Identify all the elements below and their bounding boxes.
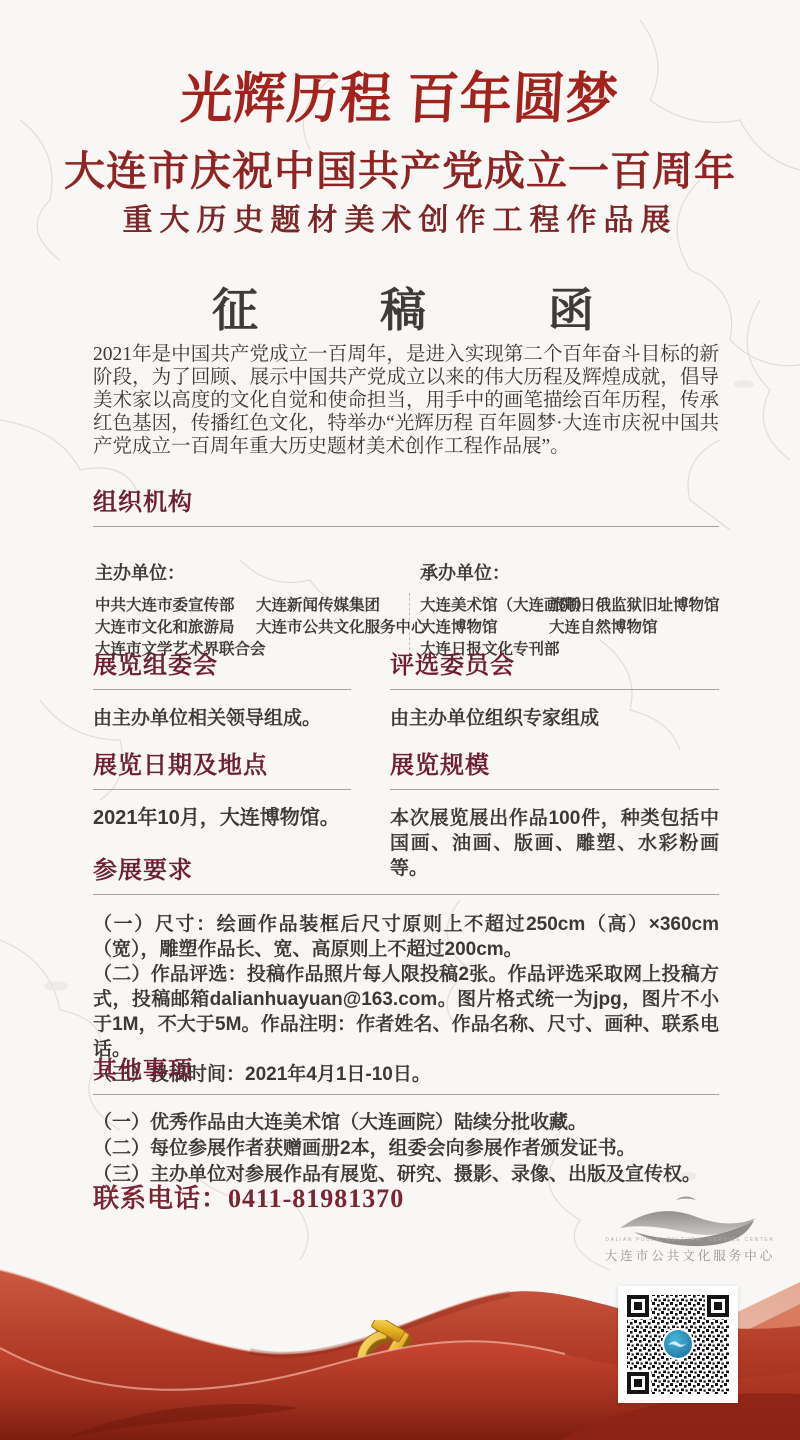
divider xyxy=(390,689,719,690)
contact-label: 联系电话： xyxy=(93,1184,228,1213)
section-title: 其他事项 xyxy=(93,1050,719,1085)
logo-chinese-text: 大连市公共文化服务中心 xyxy=(605,1248,776,1263)
logo-english-text: DALIAN PUBLIC CULTURAL SERVICE CENTER xyxy=(605,1237,774,1243)
org-item: 大连新闻传媒集团 xyxy=(256,595,427,617)
section-title: 展览日期及地点 xyxy=(93,745,351,780)
poster: 光辉历程 百年圆梦 大连市庆祝中国共产党成立一百周年 重大历史题材美术创作工程作… xyxy=(0,0,800,1440)
section-title: 展览组委会 xyxy=(93,645,351,680)
section-title: 评选委员会 xyxy=(390,645,719,680)
sub-title: 重大历史题材美术创作工程作品展 xyxy=(0,195,800,239)
wechat-qr-code xyxy=(618,1286,738,1403)
section-date-venue: 展览日期及地点 2021年10月，大连博物馆。 xyxy=(93,745,351,831)
organizer-label: 承办单位： xyxy=(420,559,510,585)
date-venue-body: 2021年10月，大连博物馆。 xyxy=(93,806,351,831)
section-title: 展览规模 xyxy=(390,745,719,780)
section-title: 组织机构 xyxy=(93,482,719,517)
other-item: （二）每位参展作者获赠画册2本，组委会向参展作者颁发证书。 xyxy=(93,1136,719,1162)
divider xyxy=(93,1094,719,1095)
qr-center-logo-icon xyxy=(662,1328,694,1360)
jury-body: 由主办单位组织专家组成 xyxy=(390,706,719,731)
org-item: 大连市公共文化服务中心 xyxy=(256,617,427,639)
intro-paragraph: 2021年是中国共产党成立一百周年，是进入实现第二个百年奋斗目标的新阶段，为了回… xyxy=(93,343,719,458)
divider xyxy=(390,789,719,790)
section-jury: 评选委员会 由主办单位组织专家组成 xyxy=(390,645,719,731)
cultural-center-logo: DALIAN PUBLIC CULTURAL SERVICE CENTER 大连… xyxy=(598,1192,782,1274)
letter-title: 征 稿 函 xyxy=(212,274,594,340)
other-item: （一）优秀作品由大连美术馆（大连画院）陆续分批收藏。 xyxy=(93,1110,719,1136)
requirement-item: （二）作品评选：投稿作品照片每人限投稿2张。作品评选采取网上投稿方式，投稿邮箱d… xyxy=(93,962,719,1062)
contact-phone: 联系电话：0411-81981370 xyxy=(93,1178,404,1215)
org-item: 旅顺日俄监狱旧址博物馆 xyxy=(549,595,720,617)
org-item: 大连市文化和旅游局 xyxy=(95,617,266,639)
letter-char: 函 xyxy=(548,274,594,340)
org-item: 中共大连市委宣传部 xyxy=(95,595,266,617)
contact-number: 0411-81981370 xyxy=(228,1184,404,1213)
host-label: 主办单位： xyxy=(95,559,185,585)
letter-char: 征 xyxy=(212,274,258,340)
divider xyxy=(93,789,351,790)
section-other: 其他事项 （一）优秀作品由大连美术馆（大连画院）陆续分批收藏。 （二）每位参展作… xyxy=(93,1050,719,1188)
host-org-list-2: 大连新闻传媒集团 大连市公共文化服务中心 xyxy=(256,595,427,639)
org-item: 大连自然博物馆 xyxy=(549,617,720,639)
organizer-org-list-2: 旅顺日俄监狱旧址博物馆 大连自然博物馆 xyxy=(549,595,720,639)
main-title: 大连市庆祝中国共产党成立一百周年 xyxy=(0,138,800,197)
committee-body: 由主办单位相关领导组成。 xyxy=(93,706,351,731)
divider xyxy=(93,894,719,895)
letter-char: 稿 xyxy=(380,274,426,340)
section-title: 参展要求 xyxy=(93,850,719,885)
requirement-item: （一）尺寸：绘画作品装框后尺寸原则上不超过250cm（高）×360cm（宽），雕… xyxy=(93,912,719,962)
section-committee: 展览组委会 由主办单位相关领导组成。 xyxy=(93,645,351,731)
slogan-title: 光辉历程 百年圆梦 xyxy=(0,54,800,134)
divider xyxy=(93,689,351,690)
